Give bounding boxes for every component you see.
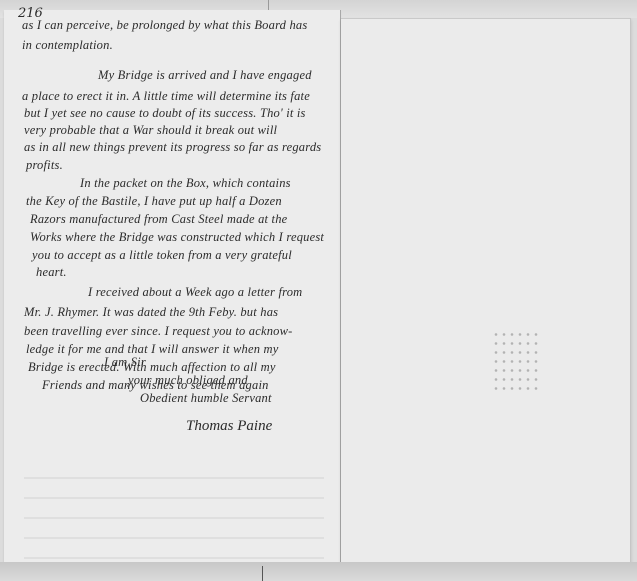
closing-line: I am Sir [104,355,146,370]
faint-marks [492,330,542,390]
letter-line: as I can perceive, be prolonged by what … [22,18,307,33]
letter-line: you to accept as a little token from a v… [32,248,292,263]
letter-line: My Bridge is arrived and I have engaged [98,68,312,83]
letter-line: very probable that a War should it break… [24,123,277,138]
letter-line: the Key of the Bastile, I have put up ha… [26,194,282,209]
signature: Thomas Paine [186,418,272,435]
letter-line: been travelling ever since. I request yo… [24,324,293,339]
letter-line: Razors manufactured from Cast Steel made… [30,212,287,227]
letter-line: ledge it for me and that I will answer i… [26,342,279,357]
right-page-blank [341,18,631,571]
scan-background-bottom [0,562,637,581]
letter-line: but I yet see no cause to doubt of its s… [24,106,306,121]
letter-line: I received about a Week ago a letter fro… [88,285,302,300]
letter-line: heart. [36,265,67,280]
background-divider [262,566,263,581]
letter-line: In the packet on the Box, which contains [80,176,291,191]
ink-bleed-through [24,465,324,565]
letter-line: as in all new things prevent its progres… [24,140,321,155]
letter-line: profits. [26,158,63,173]
letter-line: Mr. J. Rhymer. It was dated the 9th Feby… [24,305,278,320]
closing-line: Obedient humble Servant [140,391,272,406]
letter-line: in contemplation. [22,38,113,53]
letter-line: a place to erect it in. A little time wi… [22,89,310,104]
closing-line: your much obliged and [128,373,248,388]
letter-line: Works where the Bridge was constructed w… [30,230,324,245]
scanned-document: 216 as I can perceive, be prolonged by w… [0,0,637,581]
